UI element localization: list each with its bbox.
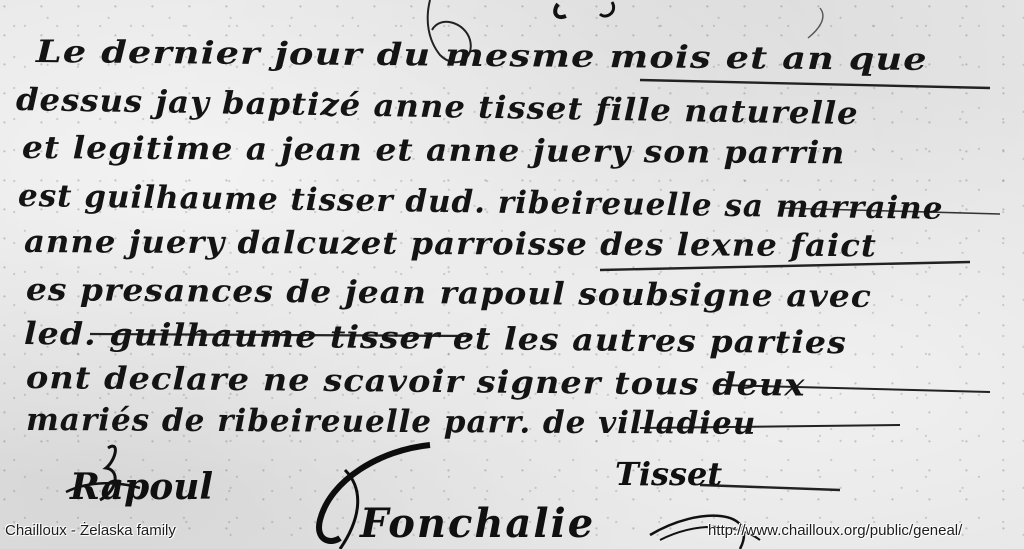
record-line-4: est guilhaume tisser dud. ribeireuelle s… — [18, 178, 944, 227]
record-line-6: es presances de jean rapoul soubsigne av… — [26, 272, 872, 315]
signature-rapoul: Rapoul — [70, 466, 213, 508]
watermark-family-name: Chailloux - Żelaska family — [5, 522, 176, 539]
record-line-8: ont declare ne scavoir signer tous deux — [26, 360, 806, 404]
scanned-document-page: Le dernier jour du mesme mois et an que … — [0, 0, 1024, 549]
signature-tisset: Tisset — [615, 455, 722, 493]
record-line-9: mariés de ribeireuelle parr. de villadie… — [26, 402, 757, 442]
record-line-3: et legitime a jean et anne juery son par… — [22, 130, 846, 171]
record-line-7: led. guilhaume tisser et les autres part… — [24, 316, 847, 361]
record-line-5: anne juery dalcuzet parroisse des lexne … — [24, 224, 877, 264]
signature-fonchalie: Fonchalie — [360, 500, 595, 547]
watermark-url: http://www.chailloux.org/public/geneal/ — [708, 522, 962, 539]
record-line-2: dessus jay baptizé anne tisset fille nat… — [16, 82, 859, 132]
record-line-1: Le dernier jour du mesme mois et an que — [36, 34, 928, 78]
